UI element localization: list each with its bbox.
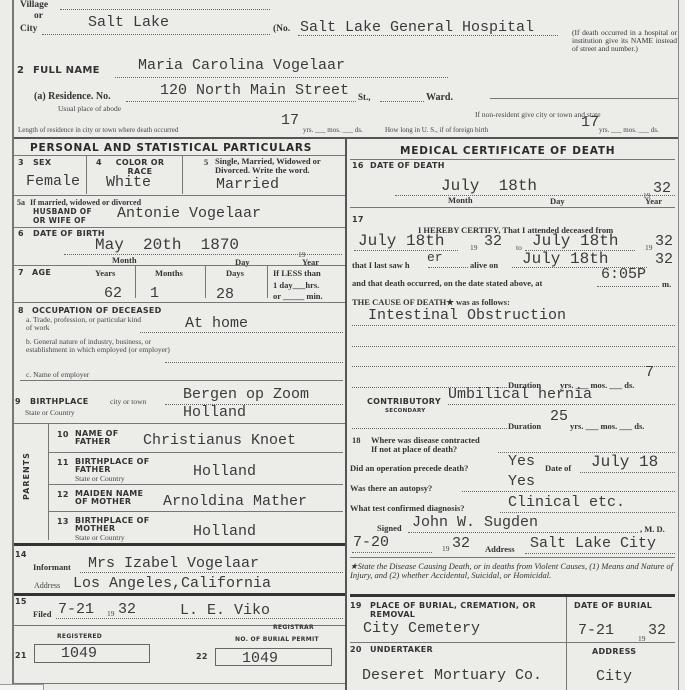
nonresident-line [490, 98, 678, 99]
mother-birth-value: Holland [193, 523, 256, 540]
filed-num: 15 [15, 597, 27, 606]
birthplace-label: BIRTHPLACE [30, 397, 89, 406]
cause-value: Intestinal Obstruction [368, 307, 566, 324]
contributory-duration-label: Duration [508, 421, 541, 431]
sex-value: Female [26, 173, 80, 190]
sex-row-rule [14, 195, 345, 196]
certify-num: 17 [352, 215, 364, 224]
occurred-label: and that death occurred, on the date sta… [352, 278, 542, 288]
burial-permit-label: NO. OF BURIAL PERMIT [235, 636, 319, 643]
sex-divider [86, 156, 87, 194]
informant-label: Informant [33, 562, 71, 572]
operation-value: Yes [508, 453, 535, 470]
spouse-value: Antonie Vogelaar [117, 205, 261, 222]
burial-permit-box: 1049 [215, 648, 332, 666]
burial-date-value: 7-21 [578, 622, 614, 639]
spouse-label: HUSBAND OF OR WIFE OF [33, 207, 105, 225]
birthplace-num: 9 [15, 397, 21, 406]
certify-from: July 18th [358, 232, 444, 250]
cause-line-2 [352, 346, 675, 347]
secondary-label: SECONDARY [385, 408, 425, 414]
bottom-tab [0, 684, 44, 690]
where-contracted-label-2: If not at place of death? [371, 444, 457, 454]
birth-month-caption: Month [112, 255, 137, 265]
length-residence-label: Length of residence in city or town wher… [18, 126, 178, 134]
or-label: or [34, 11, 43, 21]
us-residence-units: yrs. ___ mos. ___ ds. [599, 126, 659, 134]
death-year-caption: Year [645, 196, 662, 206]
last-saw-value: er [427, 250, 443, 265]
age-days-label: Days [226, 268, 244, 278]
father-label: NAME OF FATHER [75, 430, 135, 446]
certify-to: July 18th [532, 232, 618, 250]
residence-line [126, 101, 356, 102]
age-years-value: 62 [104, 285, 122, 302]
death-date-label: DATE OF DEATH [370, 161, 445, 170]
filed-line [56, 618, 343, 619]
spouse-num: 5a [17, 198, 25, 207]
marital-label: Single, Married, Widowed or Divorced. Wr… [215, 157, 345, 175]
filed-year: 32 [118, 601, 136, 618]
father-birth-sub: State or Country [75, 474, 125, 483]
father-birth-value: Holland [193, 463, 256, 480]
mother-rule [49, 511, 343, 512]
city-value: Salt Lake [88, 14, 169, 31]
birthplace-rule [14, 423, 345, 424]
right-border [678, 0, 679, 690]
time-value: 6:05P [601, 266, 646, 283]
cause-duration-value: 7 [645, 364, 654, 381]
burial-label: PLACE OF BURIAL, CREMATION, OR REMOVAL [370, 601, 550, 619]
informant-num: 14 [15, 550, 27, 559]
occupation-c-label: c. Name of employer [26, 370, 89, 379]
birth-rule [14, 265, 345, 266]
mother-label: MAIDEN NAME OF MOTHER [75, 490, 155, 506]
sign-year: 32 [452, 535, 470, 552]
filed-date: 7-21 [58, 601, 94, 618]
sign-year-prefix: 19 [442, 544, 450, 553]
age-months-divider [205, 266, 206, 298]
age-years-label: Years [95, 268, 115, 278]
occupation-a-value: At home [185, 315, 248, 332]
signed-label: Signed [377, 523, 402, 533]
death-date-line [395, 195, 675, 196]
informant-address-label: Address [34, 581, 60, 590]
cause-line-1 [352, 325, 675, 326]
contributory-duration-units: yrs. ___ mos. ___ ds. [570, 421, 644, 431]
death-date-rule [350, 207, 675, 208]
autopsy-label: Was there an autopsy? [350, 483, 432, 493]
birth-value: May 20th 1870 [95, 236, 239, 254]
signature-rule [350, 557, 675, 558]
hospital-line [298, 35, 558, 36]
registered-label: REGISTERED [57, 633, 102, 640]
parents-label: PARENTS [22, 452, 31, 500]
certify-to-year: 32 [655, 233, 673, 250]
bottom-rule-left [14, 683, 345, 684]
burial-permit-num: 22 [196, 652, 208, 661]
burial-permit-value: 1049 [242, 650, 278, 667]
birth-num: 6 [18, 229, 24, 238]
undertaker-num: 20 [350, 645, 362, 654]
operation-date-line [580, 472, 675, 473]
mother-birth-sub: State or Country [75, 533, 125, 542]
filed-year-prefix: 19 [107, 609, 115, 618]
city-line [42, 34, 270, 35]
test-line [500, 512, 675, 513]
md-label: , M. D. [640, 524, 665, 534]
length-residence-value: 17 [281, 112, 299, 129]
undertaker-label: UNDERTAKER [370, 645, 433, 654]
operation-date-value: July 18 [591, 453, 658, 471]
personal-section-title: PERSONAL AND STATISTICAL PARTICULARS [30, 142, 312, 154]
registered-num: 21 [15, 651, 27, 660]
birthplace-country-value: Holland [183, 404, 246, 421]
marital-value: Married [216, 176, 279, 193]
physician-address-value: Salt Lake City [530, 535, 656, 552]
ward-label: Ward. [426, 92, 453, 103]
village-line [60, 9, 270, 10]
birthplace-city-value: Bergen op Zoom [183, 386, 309, 403]
autopsy-line [462, 491, 675, 492]
column-divider [345, 139, 347, 690]
certify-from-year: 32 [484, 233, 502, 250]
birth-line [64, 254, 342, 255]
undertaker-value: Deseret Mortuary Co. [362, 667, 542, 684]
birthplace-city-line [165, 404, 343, 405]
age-days-divider [267, 266, 268, 298]
undertaker-address-label: ADDRESS [592, 647, 636, 656]
medical-section-title: MEDICAL CERTIFICATE OF DEATH [400, 145, 615, 157]
birthplace-city-label: city or town [110, 397, 146, 406]
residence-label: (a) Residence. No. [34, 91, 111, 102]
birthplace-state-label: State or Country [25, 408, 75, 417]
marital-num: 5 [204, 157, 208, 167]
occupation-b-label: b. General nature of industry, business,… [26, 338, 171, 354]
city-label: City [20, 24, 37, 34]
parents-divider [48, 423, 49, 540]
father-num: 10 [57, 430, 69, 439]
certify-to-label: to [516, 243, 522, 252]
test-label: What test confirmed diagnosis? [350, 503, 465, 513]
ward-line [380, 101, 424, 102]
informant-line [80, 572, 343, 573]
mother-value: Arnoldina Mather [163, 493, 307, 510]
burial-top-rule [350, 594, 675, 597]
sign-date-line [352, 552, 432, 553]
sex-label: SEX [33, 158, 51, 167]
father-birth-label: BIRTHPLACE OF FATHER [75, 458, 155, 474]
autopsy-value: Yes [508, 473, 535, 490]
certify-year-prefix-1: 19 [470, 243, 478, 252]
mother-birth-num: 13 [57, 517, 69, 526]
full-name-value: Maria Carolina Vogelaar [138, 57, 345, 74]
color-divider [182, 156, 183, 194]
father-birth-num: 11 [57, 458, 69, 467]
age-label: AGE [32, 268, 51, 277]
registered-box: 1049 [34, 644, 150, 663]
signed-value: John W. Sugden [412, 514, 538, 531]
contributory-duration-value: 25 [550, 408, 568, 425]
undertaker-address-value: City [596, 668, 632, 685]
age-days-value: 28 [216, 286, 234, 303]
age-less-label: If LESS than [273, 268, 321, 278]
item18-num: 18 [352, 435, 361, 445]
operation-label: Did an operation precede death? [350, 463, 468, 473]
us-residence-label: How long in U. S., if of foreign birth [385, 126, 488, 134]
residence-value: 120 North Main Street [160, 82, 349, 99]
residence-st-label: St., [358, 92, 371, 102]
time-line [597, 286, 659, 287]
spouse-rule [14, 227, 345, 228]
informant-rule [14, 593, 345, 596]
filed-label: Filed [33, 609, 51, 619]
registrar-label: REGISTRAR [273, 624, 314, 631]
sign-date: 7-20 [353, 534, 389, 551]
occupation-label: OCCUPATION OF DECEASED [32, 306, 162, 315]
occupation-a-label: a. Trade, profession, or particular kind… [26, 316, 146, 332]
death-certificate: Village or City Salt Lake (No. Salt Lake… [0, 0, 685, 690]
medical-title-rule [350, 159, 675, 160]
father-value: Christianus Knoet [143, 432, 296, 449]
age-min-label: or _____ min. [273, 291, 323, 301]
contributory-label: CONTRIBUTORY [367, 397, 441, 406]
operation-date-label: Date of [545, 463, 571, 473]
burial-divider [566, 597, 567, 690]
full-name-line [115, 77, 448, 78]
death-date-value: July 18th [441, 177, 537, 195]
mother-num: 12 [57, 490, 69, 499]
death-month-caption: Month [448, 195, 473, 205]
parents-bottom-rule [14, 543, 345, 546]
burial-num: 19 [350, 601, 362, 610]
burial-year: 32 [648, 622, 666, 639]
usual-place-label: Usual place of abode [58, 104, 121, 113]
occupation-rule [20, 380, 343, 381]
occupation-a-line [140, 332, 343, 333]
cause-line-3 [352, 366, 675, 367]
last-saw-label: that I last saw h [352, 260, 410, 270]
informant-value: Mrs Izabel Vogelaar [88, 555, 259, 572]
alive-on-year: 32 [655, 251, 673, 268]
age-rule [14, 302, 345, 303]
hospital-note: (If death occurred in a hospital or inst… [572, 29, 677, 53]
mother-birth-label: BIRTHPLACE OF MOTHER [75, 517, 155, 533]
village-label: Village [20, 0, 48, 10]
occupation-b-line [165, 362, 343, 363]
test-value: Clinical etc. [508, 494, 625, 511]
registrar-value: L. E. Viko [180, 602, 270, 619]
color-value: White [106, 174, 151, 191]
informant-address-value: Los Angeles,California [73, 575, 271, 592]
death-day-caption: Day [550, 196, 565, 206]
age-years-divider [135, 266, 136, 298]
cause-footnote: ★State the Disease Causing Death, or in … [350, 562, 675, 580]
occupation-num: 8 [18, 306, 24, 315]
registered-value: 1049 [61, 645, 97, 662]
us-residence-value: 17 [581, 114, 599, 131]
no-label: (No. [273, 24, 290, 34]
death-date-num: 16 [352, 161, 364, 170]
certify-year-prefix-2: 19 [645, 243, 653, 252]
burial-date-label: DATE OF BURIAL [574, 601, 652, 610]
age-months-value: 1 [150, 285, 159, 302]
length-residence-units: yrs. ___ mos. ___ ds. [303, 126, 363, 134]
alive-on-label: alive on [470, 260, 498, 270]
full-name-label: FULL NAME [33, 65, 100, 76]
burial-rule [350, 642, 675, 643]
signed-line [408, 532, 638, 533]
left-border [12, 0, 14, 690]
sex-num: 3 [18, 158, 24, 167]
burial-place-value: City Cemetery [363, 620, 480, 637]
alive-on-value: July 18th [522, 250, 608, 268]
contributory-line [448, 404, 675, 405]
contributory-value: Umbilical hernia [448, 386, 592, 403]
hospital-value: Salt Lake General Hospital [300, 19, 534, 36]
contributory-duration-line [352, 428, 507, 429]
age-num: 7 [18, 268, 24, 277]
father-birth-rule [49, 484, 343, 485]
color-num: 4 [96, 158, 102, 167]
last-saw-line [428, 267, 468, 268]
physician-address-label: Address [485, 544, 515, 554]
age-months-label: Months [155, 268, 183, 278]
age-hrs-label: 1 day___hrs. [273, 280, 319, 290]
item2-num: 2 [17, 65, 24, 76]
physician-address-line [525, 553, 675, 554]
time-m-label: m. [662, 279, 671, 289]
father-rule [49, 452, 343, 453]
